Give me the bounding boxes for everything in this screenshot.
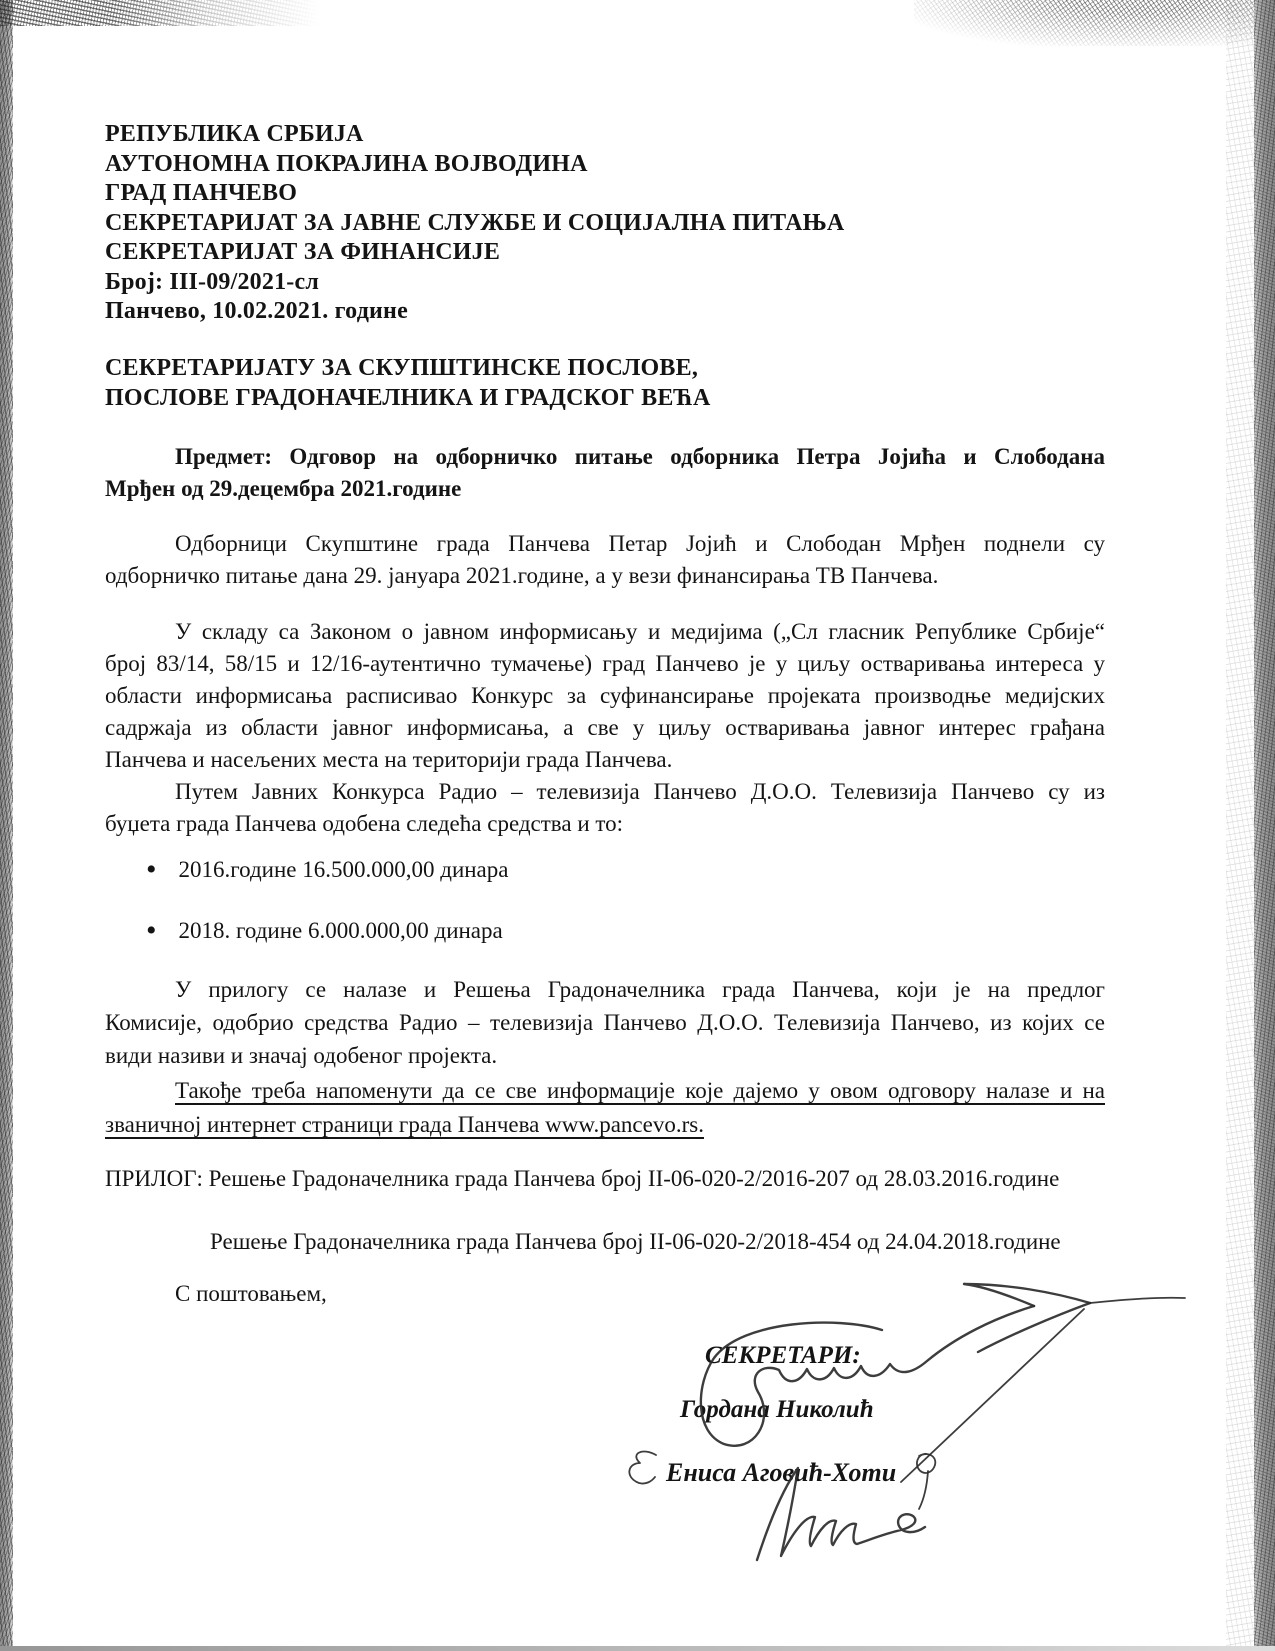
paragraph-line: Путем Јавних Конкурса Радио – телевизија… [105,776,1105,808]
bullet-text: 2018. године 6.000.000,00 динара [179,918,503,944]
scan-speckle-right [1226,0,1254,1651]
bullet-dot-icon: • [146,858,157,881]
bullet-item-2018: • 2018. године 6.000.000,00 динара [146,917,503,944]
letterhead-line: РЕПУБЛИКА СРБИЈА [105,120,1105,150]
paragraph-line: Комисије, одобрио средства Радио – телев… [105,1006,1105,1039]
signatory-name-2: Ениса Аговић-Хоти [666,1458,896,1488]
paragraph-line: број 83/14, 58/15 и 12/16-аутентично тум… [105,648,1105,680]
paragraph-5-underlined: Такође треба напоменути да се све информ… [105,1074,1105,1142]
signature-scribble-1 [701,1284,1185,1482]
recipient-block: СЕКРЕТАРИЈАТУ ЗА СКУПШТИНСКЕ ПОСЛОВЕ, ПО… [105,354,1105,413]
scan-edge-bottom [0,1646,1275,1651]
letterhead-line: ГРАД ПАНЧЕВО [105,179,1105,209]
scan-corner-top-right [914,0,1254,46]
document-place-date: Панчево, 10.02.2021. године [105,297,1105,327]
subject-line: Предмет: Одговор на одборничко питање од… [105,441,1105,473]
paragraph-line: Одборници Скупштине града Панчева Петар … [105,528,1105,560]
recipient-line: СЕКРЕТАРИЈАТУ ЗА СКУПШТИНСКЕ ПОСЛОВЕ, [105,354,1105,384]
letterhead-line: СЕКРЕТАРИЈАТ ЗА ФИНАНСИЈЕ [105,238,1105,268]
scan-edge-left [0,0,13,1651]
subject-line: Мрђен од 29.децембра 2021.године [105,473,1105,505]
paragraph-line: буџета града Панчева одобена следећа сре… [105,808,1105,840]
paragraph-line: области информисања расписивао Конкурс з… [105,680,1105,712]
attachment-line-1: ПРИЛОГ: Решење Градоначелника града Панч… [105,1163,1105,1195]
paragraph-line: У прилогу се налазе и Решења Градоначелн… [105,973,1105,1006]
signature-title: СЕКРЕТАРИ: [705,1342,861,1370]
subject-block: Предмет: Одговор на одборничко питање од… [105,441,1105,505]
paragraph-line: види називи и значај одобеног пројекта. [105,1039,1105,1072]
pen-mark-right [917,1454,935,1509]
bullet-text: 2016.године 16.500.000,00 динара [179,857,509,883]
paragraph-line: одборничко питање дана 29. јануара 2021.… [105,560,1105,592]
paragraph-1: Одборници Скупштине града Панчева Петар … [105,528,1105,592]
recipient-line: ПОСЛОВЕ ГРАДОНАЧЕЛНИКА И ГРАДСКОГ ВЕЋА [105,384,1105,414]
scan-corner-top-left [0,0,320,26]
letterhead-line: СЕКРЕТАРИЈАТ ЗА ЈАВНЕ СЛУЖБЕ И СОЦИЈАЛНА… [105,209,1105,239]
website-line: званичној интернет страници града Панчев… [105,1108,1105,1142]
document-number: Број: III-09/2021-сл [105,268,1105,298]
paragraph-4: У прилогу се налазе и Решења Градоначелн… [105,973,1105,1072]
paragraph-line: садржаја из области јавног информисања, … [105,712,1105,744]
scanned-document-page: РЕПУБЛИКА СРБИЈА АУТОНОМНА ПОКРАЈИНА ВОЈ… [0,0,1275,1651]
attachment-line-2: Решење Градоначелника града Панчева број… [210,1226,1210,1258]
paragraph-2: У складу са Законом о јавном информисању… [105,616,1105,776]
bullet-item-2016: • 2016.године 16.500.000,00 динара [146,856,508,883]
paragraph-line: Панчева и насељених места на територији … [105,744,1105,776]
salutation: С поштовањем, [175,1281,1175,1307]
letterhead-line: АУТОНОМНА ПОКРАЈИНА ВОЈВОДИНА [105,150,1105,180]
paragraph-3: Путем Јавних Конкурса Радио – телевизија… [105,776,1105,840]
scan-edge-right [1254,0,1275,1651]
paragraph-line: У складу са Законом о јавном информисању… [105,616,1105,648]
letterhead: РЕПУБЛИКА СРБИЈА АУТОНОМНА ПОКРАЈИНА ВОЈ… [105,120,1105,327]
signatory-name-1: Гордана Николић [680,1396,874,1424]
pen-mark-left [629,1451,656,1483]
bullet-dot-icon: • [146,919,157,942]
paragraph-line: Такође треба напоменути да се све информ… [105,1074,1105,1108]
